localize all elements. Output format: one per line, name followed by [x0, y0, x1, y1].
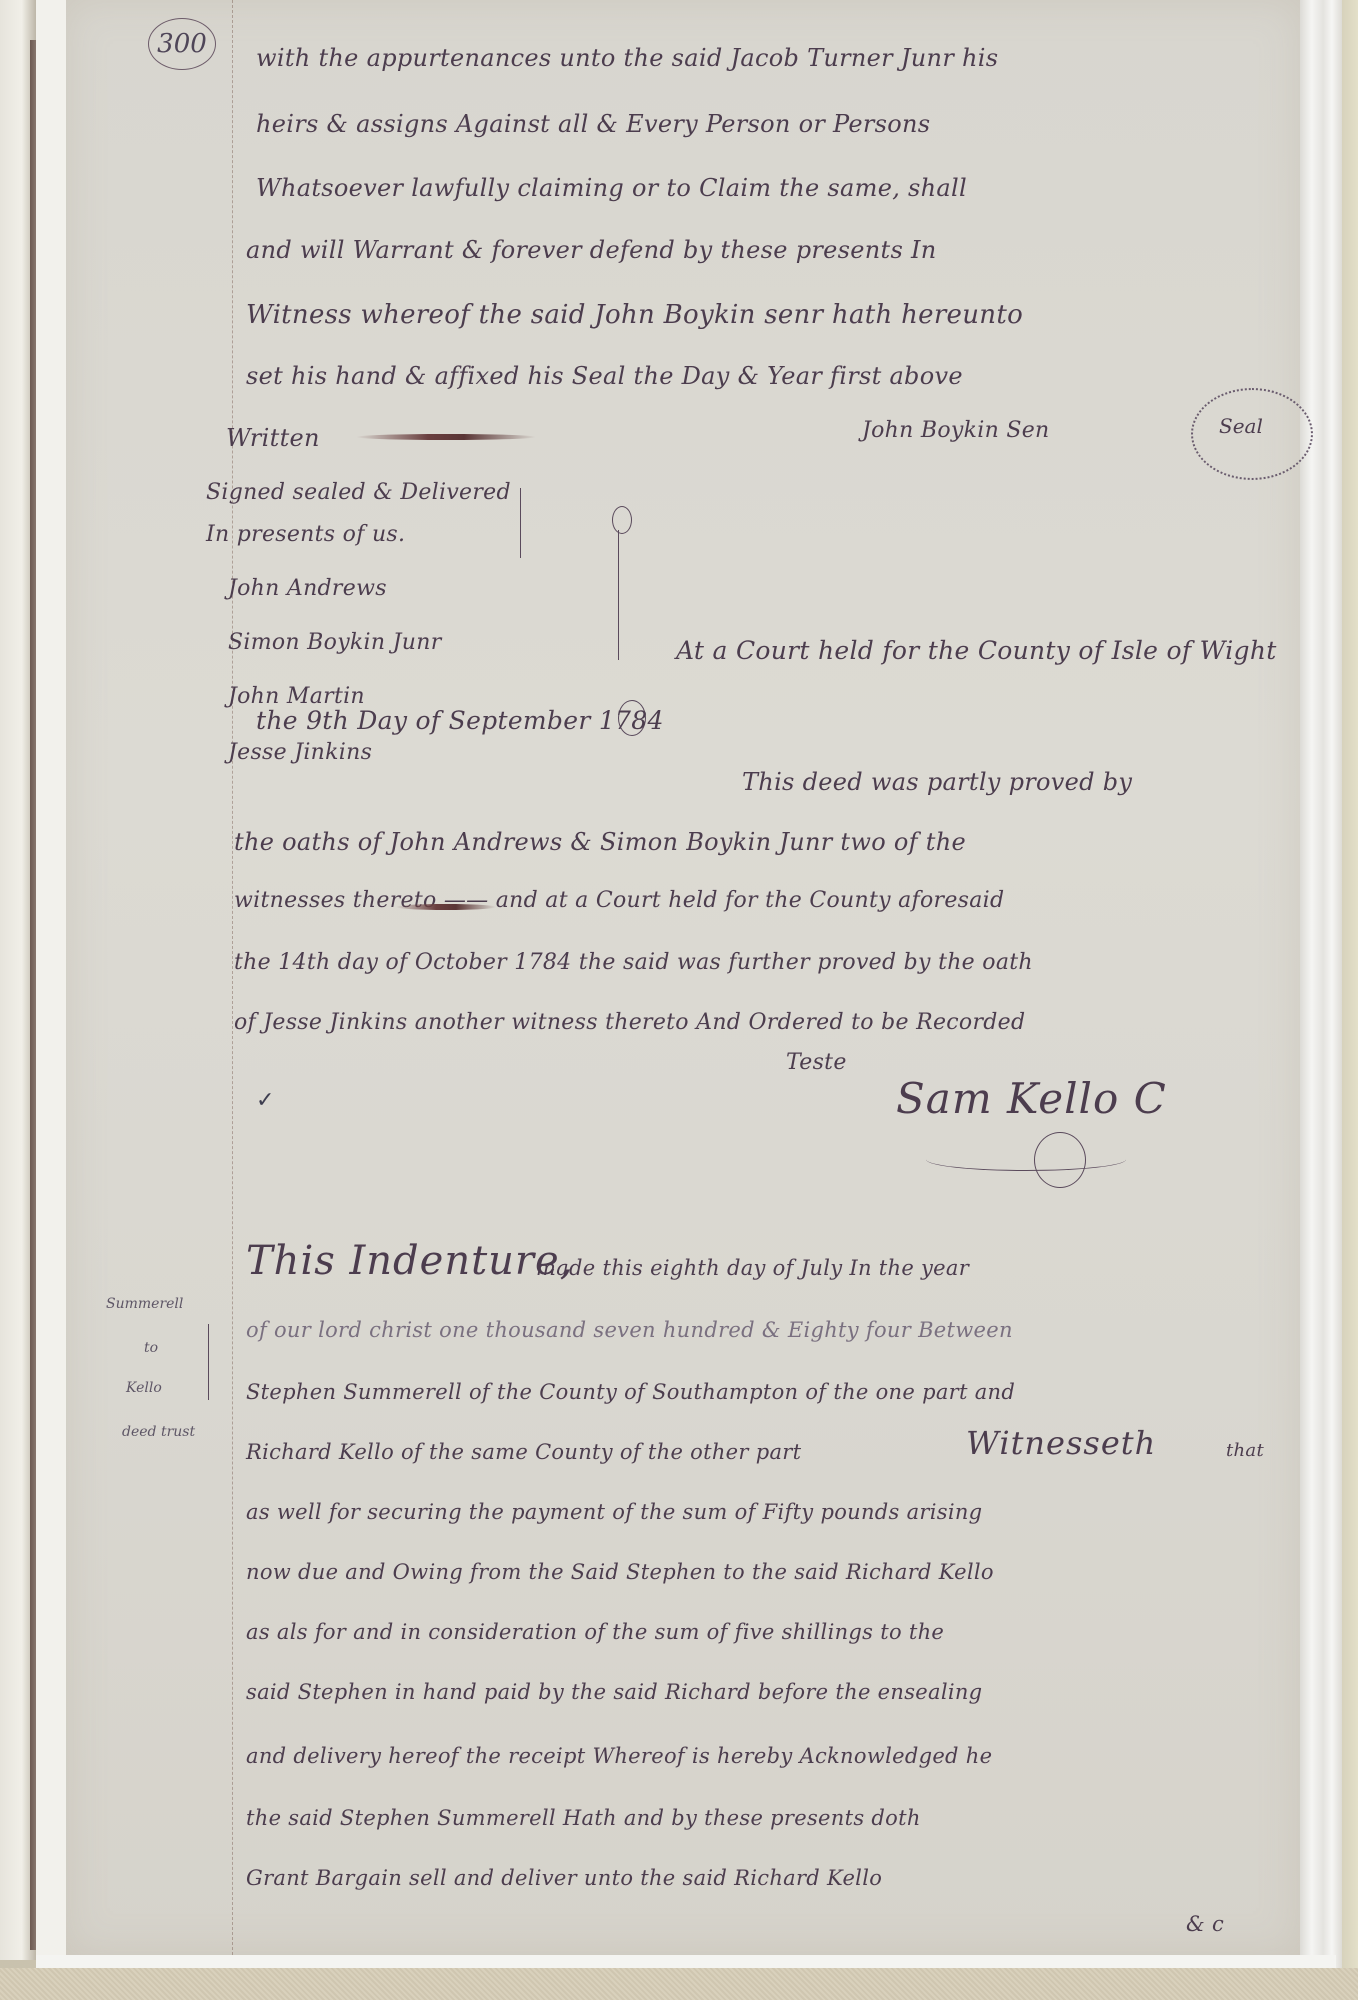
- fabric-background: [0, 1968, 1358, 2000]
- indenture-line-8: said Stephen in hand paid by the said Ri…: [246, 1680, 982, 1704]
- indenture-line-10: the said Stephen Summerell Hath and by t…: [246, 1806, 921, 1830]
- book-cover-edge: [1342, 0, 1358, 1975]
- witness-2: Simon Boykin Junr: [228, 630, 442, 655]
- deed-line-3: Whatsoever lawfully claiming or to Claim…: [256, 174, 967, 202]
- deed-line-4: and will Warrant & forever defend by the…: [246, 236, 937, 264]
- deed-line-1: with the appurtenances unto the said Jac…: [256, 44, 998, 72]
- bracket-line: [614, 530, 619, 660]
- court-line-6: the 14th day of October 1784 the said wa…: [234, 950, 1033, 975]
- clerk-signature: Sam Kello C: [896, 1074, 1167, 1123]
- witnesseth-heading: Witnesseth: [966, 1424, 1156, 1462]
- indenture-line-1: made this eighth day of July In the year: [536, 1256, 969, 1280]
- margin-brace: [202, 1324, 209, 1400]
- ink-dash: [396, 904, 496, 910]
- court-line-3: This deed was partly proved by: [742, 768, 1132, 796]
- attestation-heading-2: In presents of us.: [206, 522, 405, 547]
- indenture-line-3: Stephen Summerell of the County of South…: [246, 1380, 1015, 1404]
- court-line-7: of Jesse Jinkins another witness thereto…: [234, 1010, 1025, 1035]
- indenture-line-7: as als for and in consideration of the s…: [246, 1620, 944, 1644]
- signature-underline: [926, 1148, 1126, 1171]
- indenture-line-9: and delivery hereof the receipt Whereof …: [246, 1744, 992, 1768]
- witness-1: John Andrews: [228, 576, 387, 601]
- page-bottom-edge: [36, 1955, 1336, 1969]
- indenture-line-11: Grant Bargain sell and deliver unto the …: [246, 1866, 882, 1890]
- court-line-5: witnesses thereto —— and at a Court held…: [234, 888, 1004, 913]
- margin-note-line-4: deed trust: [122, 1424, 195, 1440]
- indenture-line-4: Richard Kello of the same County of the …: [246, 1440, 801, 1464]
- check-mark: ✓: [256, 1088, 274, 1113]
- signature-flourish: [1034, 1132, 1086, 1188]
- seal-label: Seal: [1219, 414, 1263, 438]
- witness-4: Jesse Jinkins: [228, 740, 372, 765]
- indenture-line-5: as well for securing the payment of the …: [246, 1500, 982, 1524]
- attestation-brace: [506, 488, 521, 558]
- teste-label: Teste: [786, 1050, 847, 1075]
- witnesseth-tail: that: [1226, 1440, 1264, 1461]
- indenture-line-12: & c: [1186, 1912, 1224, 1936]
- grantor-signature: John Boykin Sen: [862, 418, 1050, 443]
- court-line-1: At a Court held for the County of Isle o…: [676, 636, 1277, 665]
- margin-note-line-3: Kello: [126, 1380, 162, 1396]
- court-line-4: the oaths of John Andrews & Simon Boykin…: [234, 828, 966, 856]
- page-number: 300: [148, 18, 216, 70]
- indenture-line-2: of our lord christ one thousand seven hu…: [246, 1318, 1013, 1342]
- deed-line-7: Written: [226, 424, 320, 452]
- indenture-heading: This Indenture,: [246, 1238, 573, 1284]
- seal-mark: Seal: [1191, 388, 1313, 480]
- indenture-line-6: now due and Owing from the Said Stephen …: [246, 1560, 994, 1584]
- deed-line-5: Witness whereof the said John Boykin sen…: [246, 300, 1023, 330]
- margin-note-line-1: Summerell: [106, 1296, 183, 1312]
- court-line-2: the 9th Day of September 1784: [256, 706, 664, 735]
- deed-line-6: set his hand & affixed his Seal the Day …: [246, 362, 963, 390]
- attestation-heading-1: Signed sealed & Delivered: [206, 480, 511, 505]
- ink-flourish: [356, 434, 536, 440]
- margin-rule: [232, 0, 233, 1955]
- margin-note-line-2: to: [144, 1340, 158, 1356]
- manuscript-page: 300 with the appurtenances unto the said…: [66, 0, 1300, 1955]
- deed-line-2: heirs & assigns Against all & Every Pers…: [256, 110, 930, 138]
